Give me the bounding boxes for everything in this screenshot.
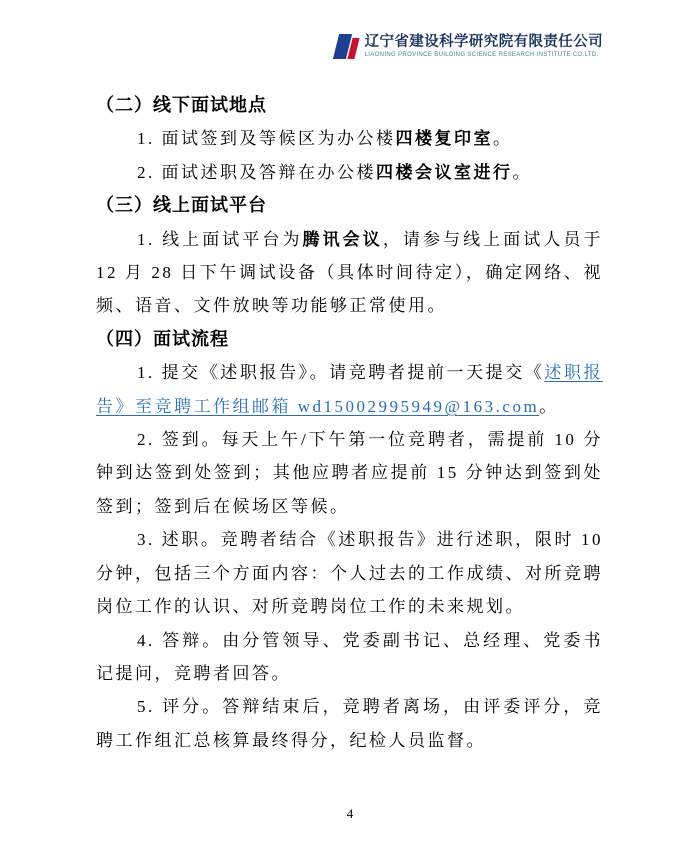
document-page: 辽宁省建设科学研究院有限责任公司 LIAONING PROVINCE BUILD… bbox=[0, 0, 700, 864]
document-header: 辽宁省建设科学研究院有限责任公司 LIAONING PROVINCE BUILD… bbox=[96, 33, 603, 65]
text-segment: 1. 线上面试平台为 bbox=[137, 230, 303, 249]
list-item-online-1: 1. 线上面试平台为腾讯会议，请参与线上面试人员于 12 月 28 日下午调试设… bbox=[96, 223, 603, 323]
document-body: （二）线下面试地点 1. 面试签到及等候区为办公楼四楼复印室。 2. 面试述职及… bbox=[96, 89, 603, 757]
text-segment-bold: 四楼复印室 bbox=[396, 129, 494, 148]
company-logo: 辽宁省建设科学研究院有限责任公司 LIAONING PROVINCE BUILD… bbox=[333, 33, 603, 61]
list-item-process-3: 3. 述职。竞聘者结合《述职报告》进行述职，限时 10 分钟，包括三个方面内容：… bbox=[96, 523, 603, 623]
list-item-process-2: 2. 签到。每天上午/下午第一位竞聘者，需提前 10 分钟到达签到处签到；其他应… bbox=[96, 423, 603, 523]
text-segment-bold: 腾讯会议 bbox=[303, 230, 383, 249]
text-segment: 。 bbox=[539, 397, 559, 416]
list-item-offline-1: 1. 面试签到及等候区为办公楼四楼复印室。 bbox=[96, 122, 603, 155]
text-segment: 1. 面试签到及等候区为办公楼 bbox=[137, 129, 396, 148]
company-name-en: LIAONING PROVINCE BUILDING SCIENCE RESEA… bbox=[365, 52, 603, 58]
text-segment: 1. 提交《述职报告》。请竞聘者提前一天提交《 bbox=[137, 363, 544, 382]
list-item-offline-2: 2. 面试述职及答辩在办公楼四楼会议室进行。 bbox=[96, 156, 603, 189]
page-number: 4 bbox=[0, 806, 700, 822]
section-heading-offline-location: （二）线下面试地点 bbox=[96, 89, 603, 122]
section-heading-interview-process: （四）面试流程 bbox=[96, 323, 603, 356]
section-heading-online-platform: （三）线上面试平台 bbox=[96, 189, 603, 222]
list-item-process-5: 5. 评分。答辩结束后，竞聘者离场，由评委评分，竞聘工作组汇总核算最终得分，纪检… bbox=[96, 690, 603, 757]
company-logo-icon bbox=[333, 33, 360, 61]
company-logo-text: 辽宁省建设科学研究院有限责任公司 LIAONING PROVINCE BUILD… bbox=[365, 35, 603, 59]
text-segment: 。 bbox=[513, 163, 533, 182]
list-item-process-4: 4. 答辩。由分管领导、党委副书记、总经理、党委书记提问，竞聘者回答。 bbox=[96, 624, 603, 691]
text-segment: 。 bbox=[493, 129, 513, 148]
company-name-zh: 辽宁省建设科学研究院有限责任公司 bbox=[365, 35, 603, 50]
text-segment: 2. 面试述职及答辩在办公楼 bbox=[137, 163, 376, 182]
list-item-process-1: 1. 提交《述职报告》。请竞聘者提前一天提交《述职报告》至竞聘工作组邮箱 wd1… bbox=[96, 356, 603, 423]
text-segment-bold: 四楼会议室进行 bbox=[376, 163, 513, 182]
